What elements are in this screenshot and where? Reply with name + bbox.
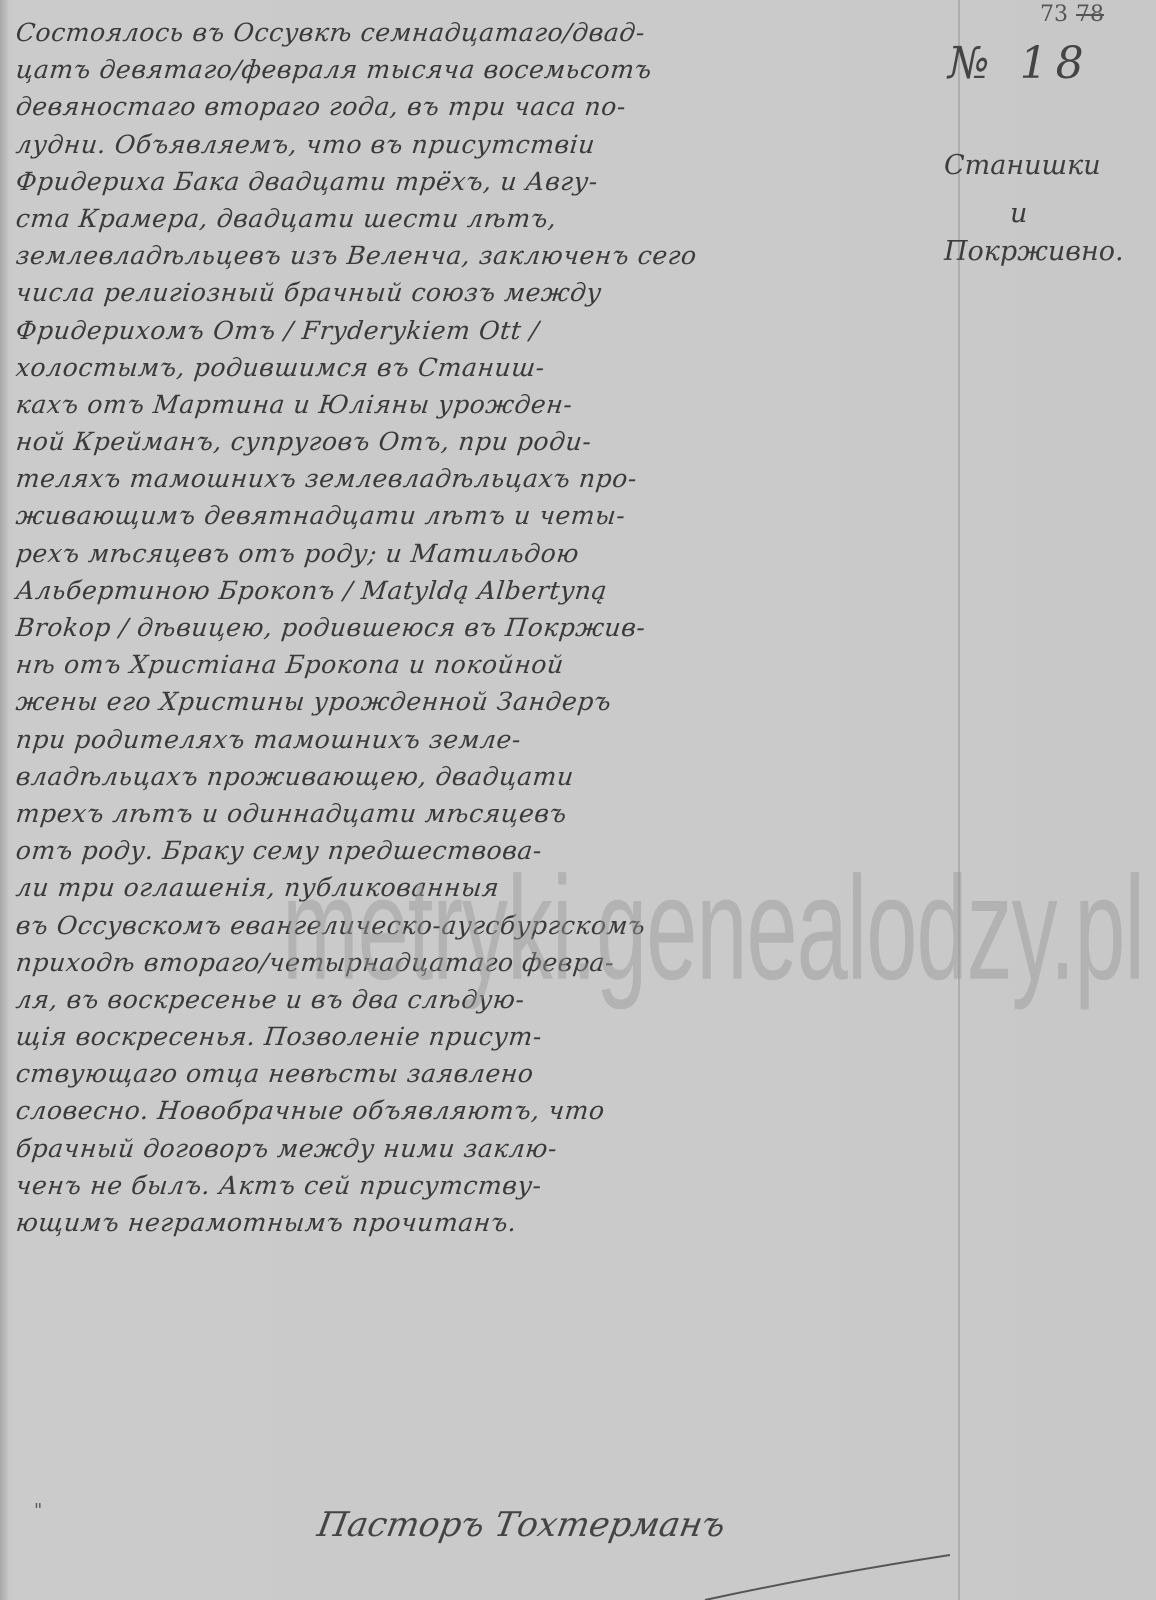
folio-crossed-out: 78: [1076, 2, 1104, 27]
body-line: землевладѣльцевъ изъ Веленча, заключенъ …: [14, 237, 958, 274]
body-line: въ Оссувскомъ евангелическо-аугсбургском…: [14, 907, 958, 944]
body-line: рехъ мѣсяцевъ отъ роду; и Матильдою: [14, 535, 958, 572]
body-line: ста Крамера, двадцати шести лѣтъ,: [14, 200, 958, 237]
body-line: Фридерихомъ Отъ / Fryderykiem Ott /: [14, 312, 958, 349]
body-line: ющимъ неграмотнымъ прочитанъ.: [14, 1204, 958, 1241]
folio-number: 7378: [1040, 2, 1104, 27]
margin-place-1: Станишки: [944, 150, 1101, 181]
body-line: Альбертиною Брокопъ / Matyldą Albertyną: [14, 572, 958, 609]
body-line: ченъ не былъ. Актъ сей присутству-: [14, 1167, 958, 1204]
body-line: ля, въ воскресенье и въ два слѣдую-: [14, 981, 958, 1018]
body-line: числа религіозный брачный союзъ между: [14, 274, 958, 311]
body-line: брачный договоръ между ними заклю-: [14, 1130, 958, 1167]
margin-place-2: Покрживно.: [944, 236, 1124, 267]
body-line: кахъ отъ Мартина и Юліяны урожден-: [14, 386, 958, 423]
pastor-signature: Пасторъ Тохтерманъ: [314, 1505, 728, 1545]
margin-place-conjunction: и: [1010, 198, 1027, 229]
body-line: нѣ отъ Христіана Брокопа и покойной: [14, 646, 958, 683]
page-binding-shadow: [0, 0, 8, 1600]
body-line: ли три оглашенія, публикованныя: [14, 869, 958, 906]
document-page: 7378 № 18 Станишки и Покрживно. Состояло…: [0, 0, 1156, 1600]
body-line: трехъ лѣтъ и одиннадцати мѣсяцевъ: [14, 795, 958, 832]
body-line: ствующаго отца невѣсты заявлено: [14, 1055, 958, 1092]
body-line: жены его Христины урожденной Зандеръ: [14, 683, 958, 720]
record-body-text: Состоялось въ Оссувкѣ семнадцатаго/двад-…: [14, 14, 954, 1241]
body-line: словесно. Новобрачные объявляютъ, что: [14, 1092, 958, 1129]
body-line: холостымъ, родившимся въ Станиш-: [14, 349, 958, 386]
body-line: Состоялось въ Оссувкѣ семнадцатаго/двад-: [14, 14, 958, 51]
body-line: отъ роду. Браку сему предшествова-: [14, 832, 958, 869]
body-line: лудни. Объявляемъ, что въ присутствіи: [14, 126, 958, 163]
body-line: Фридериха Бака двадцати трёхъ, и Авгу-: [14, 163, 958, 200]
body-line: цатъ девятаго/февраля тысяча восемьсотъ: [14, 51, 958, 88]
act-number: № 18: [948, 38, 1092, 89]
body-line: девяностаго втораго года, въ три часа по…: [14, 88, 958, 125]
quote-mark: ": [34, 1500, 42, 1521]
body-line: живающимъ девятнадцати лѣтъ и четы-: [14, 497, 958, 534]
body-line: щія воскресенья. Позволеніе присут-: [14, 1018, 958, 1055]
body-line: теляхъ тамошнихъ землевладѣльцахъ про-: [14, 460, 958, 497]
folio-current: 73: [1040, 2, 1068, 27]
body-line: ной Крейманъ, супруговъ Отъ, при роди-: [14, 423, 958, 460]
body-line: при родителяхъ тамошнихъ земле-: [14, 721, 958, 758]
body-line: владѣльцахъ проживающею, двадцати: [14, 758, 958, 795]
body-line: Brokop / дѣвицею, родившеюся въ Покржив-: [14, 609, 958, 646]
body-line: приходѣ втораго/четырнадцатаго февра-: [14, 944, 958, 981]
signature-flourish-icon: [700, 1545, 960, 1600]
